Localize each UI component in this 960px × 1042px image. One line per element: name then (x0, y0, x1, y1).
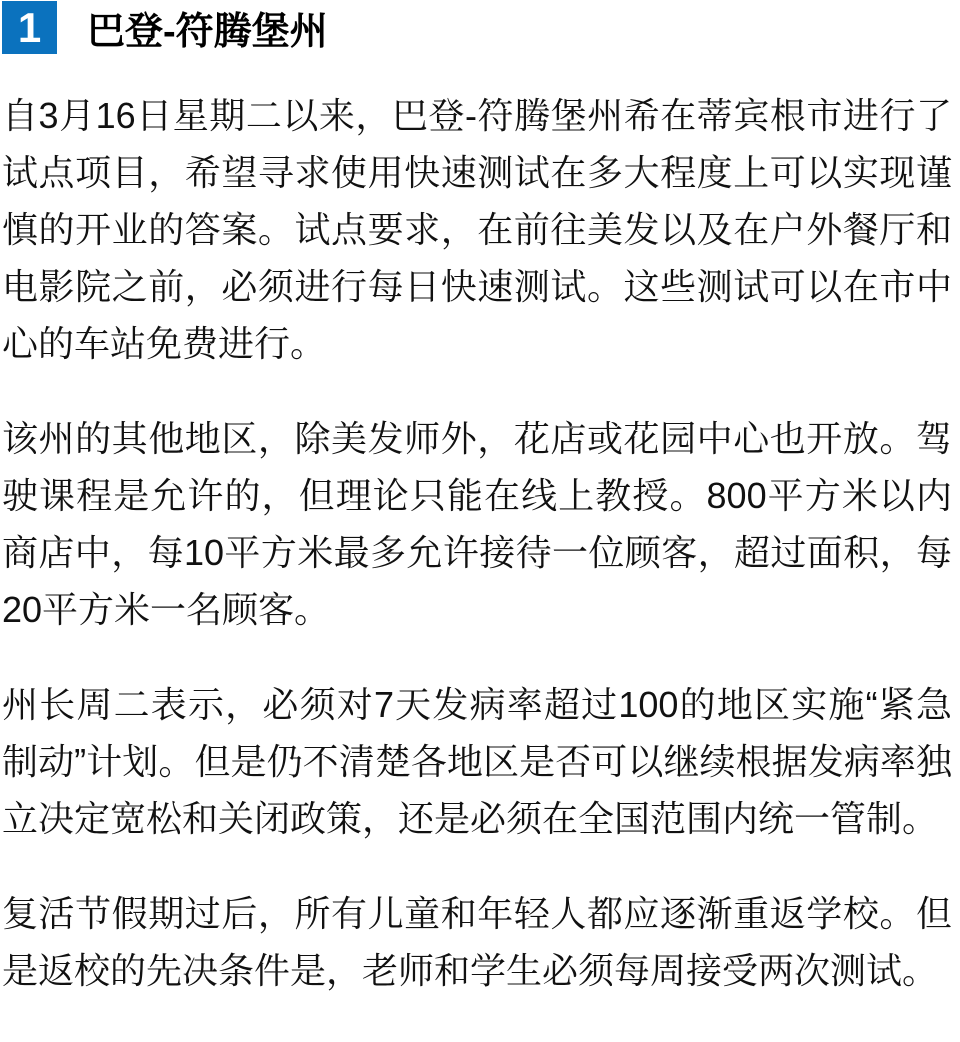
badge-number: 1 (18, 7, 41, 49)
paragraph: 该州的其他地区，除美发师外，花店或花园中心也开放。驾驶课程是允许的，但理论只能在… (2, 410, 952, 638)
section-number-badge: 1 (2, 1, 57, 54)
section-title: 巴登-符腾堡州 (87, 0, 328, 55)
paragraph: 州长周二表示，必须对7天发病率超过100的地区实施“紧急制动”计划。但是仍不清楚… (2, 676, 952, 847)
paragraph: 复活节假期过后，所有儿童和年轻人都应逐渐重返学校。但是返校的先决条件是，老师和学… (2, 885, 952, 999)
section-header: 1 巴登-符腾堡州 (2, 0, 952, 55)
article-page: 1 巴登-符腾堡州 自3月16日星期二以来，巴登-符腾堡州希在蒂宾根市进行了试点… (0, 0, 960, 1042)
paragraph: 自3月16日星期二以来，巴登-符腾堡州希在蒂宾根市进行了试点项目，希望寻求使用快… (2, 87, 952, 372)
